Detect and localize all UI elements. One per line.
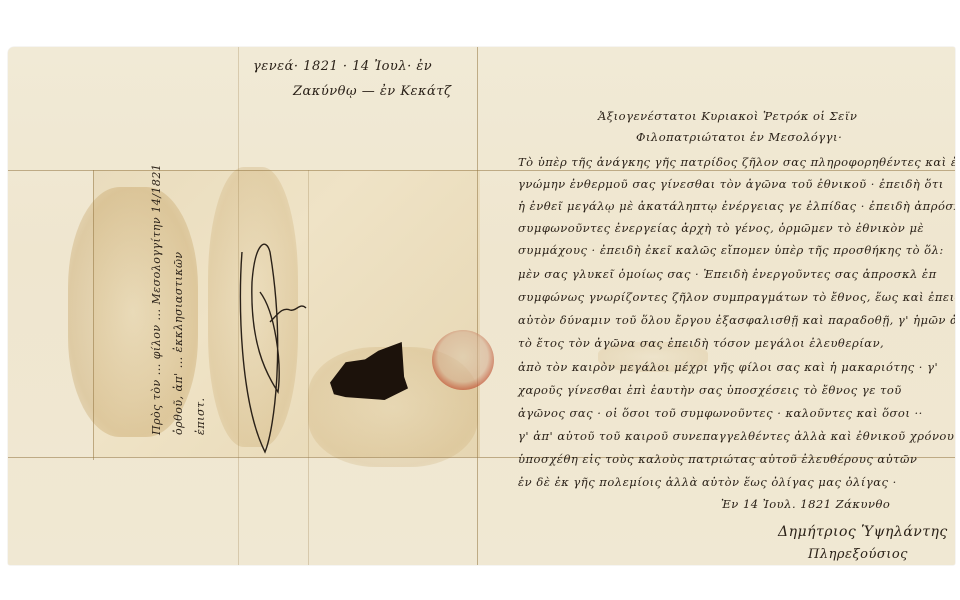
body-line: γ' ἀπ' αὐτοῦ τοῦ καιροῦ συνεπαγγελθέντες… — [518, 429, 955, 443]
body-line: αὐτὸν δύναμιν τοῦ ὅλου ἔργου ἐξασφαλισθῇ… — [518, 313, 955, 327]
wax-seal — [432, 330, 494, 390]
body-line: Τὸ ὑπὲρ τῆς ἀνάγκης γῆς πατρίδος ζῆλον σ… — [518, 155, 948, 169]
docket-line-1: γενεά· 1821 · 14 Ἰουλ· ἐν — [253, 59, 432, 74]
address-line-3: ἐπιστ. — [194, 397, 207, 435]
address-line-1: Πρὸς τὸν ... φίλον ... Μεσολογγίτην 14/1… — [150, 164, 163, 435]
body-line: χαροῦς γίνεσθαι ἐπὶ ἑαυτὴν σας ὑποσχέσει… — [518, 383, 902, 397]
body-line: γνώμην ἐνθερμοῦ σας γίνεσθαι τὸν ἀγῶνα τ… — [518, 177, 944, 191]
body-line: ὑποσχέθη εἰς τοὺς καλοὺς πατριώτας αὐτοῦ… — [518, 452, 917, 466]
letter-paper: γενεά· 1821 · 14 Ἰουλ· ἐν Ζακύνθῳ — ἐν Κ… — [8, 47, 955, 565]
closing-date: Ἐν 14 Ἰουλ. 1821 Ζάκυνθο — [721, 497, 890, 511]
body-line: ἀγῶνος σας · οἱ ὅσοι τοῦ συμφωνοῦντες · … — [518, 406, 923, 420]
fold-line — [93, 170, 94, 460]
signature-title: Πληρεξούσιος — [808, 547, 908, 562]
body-line: ἀπὸ τὸν καιρὸν μεγάλοι μέχρι γῆς φίλοι σ… — [518, 360, 938, 374]
letter-body: Τὸ ὑπὲρ τῆς ἀνάγκης γῆς πατρίδος ζῆλον σ… — [518, 155, 948, 169]
body-line: συμφωνοῦντες ἐνεργείας ἀρχὴ τὸ γένος, ὁρ… — [518, 221, 924, 235]
pen-flourish-icon — [230, 222, 310, 472]
signature-name: Δημήτριος Ὑψηλάντης — [778, 524, 948, 540]
body-line: ἡ ἐνθεῖ μεγάλῳ μὲ ἀκατάληπτῳ ἐνέργειας γ… — [518, 199, 955, 213]
body-line: μὲν σας γλυκεῖ ὁμοίως σας · Ἐπειδὴ ἐνεργ… — [518, 267, 937, 281]
body-line: τὸ ἔτος τὸν ἀγῶνα σας ἐπειδὴ τόσον μεγάλ… — [518, 336, 884, 350]
body-line: συμφώνως γνωρίζοντες ζῆλον συμπραγμάτων … — [518, 290, 955, 304]
docket-line-2: Ζακύνθῳ — ἐν Κεκάτζ — [293, 84, 452, 99]
salutation-line-1: Ἀξιογενέστατοι Κυριακοὶ Ῥετρόκ οἱ Σεϊν — [598, 109, 857, 123]
body-line: συμμάχους · ἐπειδὴ ἐκεῖ καλῶς εἴπομεν ὑπ… — [518, 243, 944, 257]
address-line-2: ὀρθοῦ, ἀπ' ... ἐκκλησιαστικῶν — [172, 251, 185, 435]
fold-line — [477, 47, 478, 565]
vertical-address: Πρὸς τὸν ... φίλον ... Μεσολογγίτην 14/1… — [148, 177, 228, 437]
salutation-line-2: Φιλοπατριώτατοι ἐν Μεσολόγγι· — [636, 130, 842, 144]
body-line: ἐν δὲ ἐκ γῆς πολεμίοις ἀλλὰ αὐτὸν ἕως ὀλ… — [518, 475, 897, 489]
